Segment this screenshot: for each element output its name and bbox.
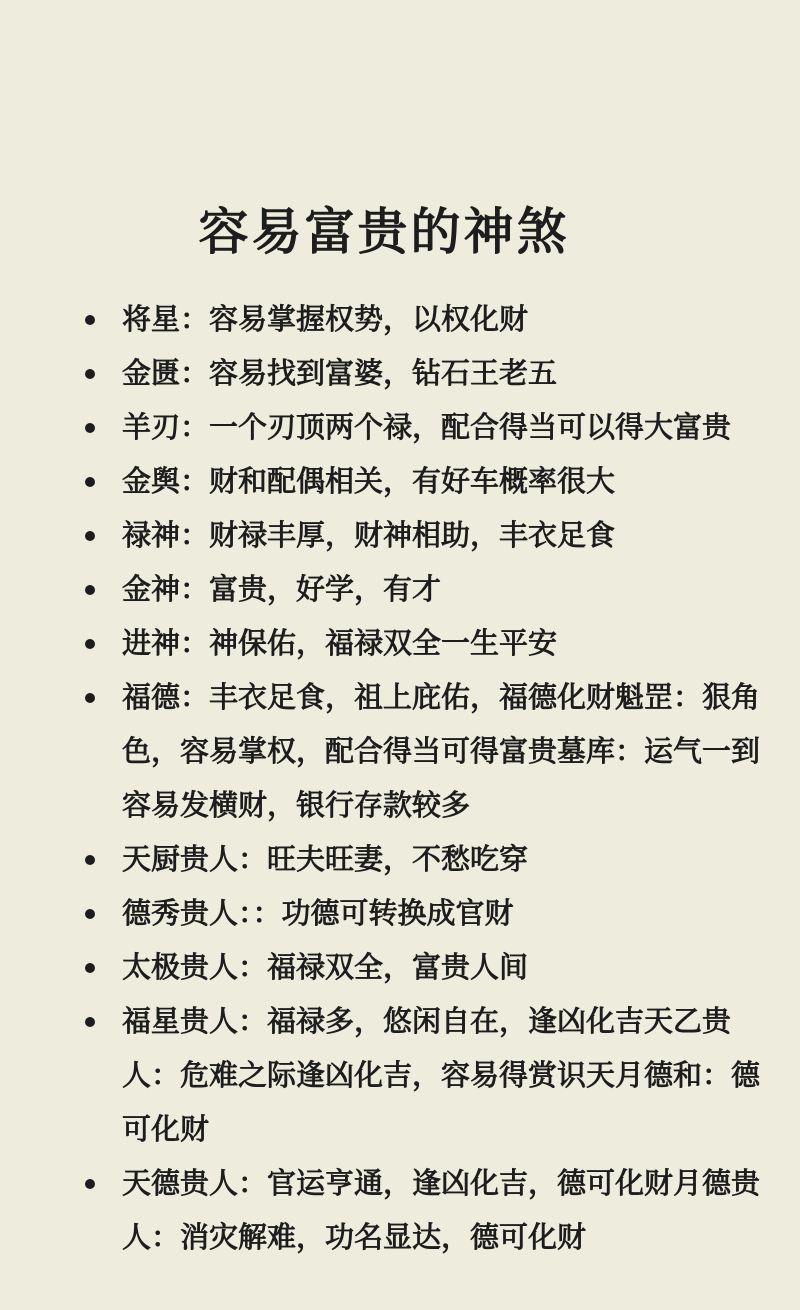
bullet-icon [85, 963, 95, 973]
item-line: 太极贵人：福禄双全，富贵人间 [122, 941, 765, 995]
list-item-lushen: 禄神：财禄丰厚，财神相助，丰衣足食 [85, 509, 765, 563]
list-item-tiande-guiren: 天德贵人：官运亨通，逢凶化吉，德可化财月德贵 人：消灾解难，功名显达，德可化财 [85, 1157, 765, 1265]
item-line: 羊刃：一个刃顶两个禄，配合得当可以得大富贵 [122, 401, 765, 455]
list-item-fude: 福德：丰衣足食，祖上庇佑，福德化财魁罡：狠角 色，容易掌权，配合得当可得富贵墓库… [85, 671, 765, 833]
bullet-icon [85, 639, 95, 649]
list-item-jinshen: 金神：富贵，好学，有才 [85, 563, 765, 617]
item-line: 进神：神保佑，福禄双全一生平安 [122, 617, 765, 671]
item-line: 金舆：财和配偶相关，有好车概率很大 [122, 455, 765, 509]
bullet-icon [85, 531, 95, 541]
item-line: 将星：容易掌握权势，以权化财 [122, 293, 765, 347]
bullet-icon [85, 369, 95, 379]
bullet-icon [85, 1017, 95, 1027]
item-line: 人：危难之际逢凶化吉，容易得赏识天月德和：德 [122, 1049, 765, 1103]
item-line: 可化财 [122, 1103, 765, 1157]
bullet-icon [85, 315, 95, 325]
shensha-list: 将星：容易掌握权势，以权化财 金匮：容易找到富婆，钻石王老五 羊刃：一个刃顶两个… [85, 293, 765, 1265]
item-line: 容易发横财，银行存款较多 [122, 779, 765, 833]
bullet-icon [85, 855, 95, 865]
list-item-taiji-guiren: 太极贵人：福禄双全，富贵人间 [85, 941, 765, 995]
item-line: 天厨贵人：旺夫旺妻，不愁吃穿 [122, 833, 765, 887]
bullet-icon [85, 1179, 95, 1189]
item-line: 人：消灾解难，功名显达，德可化财 [122, 1211, 765, 1265]
list-item-fuxing-guiren: 福星贵人：福禄多，悠闲自在，逢凶化吉天乙贵 人：危难之际逢凶化吉，容易得赏识天月… [85, 995, 765, 1157]
list-item-jinkui: 金匮：容易找到富婆，钻石王老五 [85, 347, 765, 401]
page-title: 容易富贵的神煞 [0, 202, 768, 262]
item-line: 金神：富贵，好学，有才 [122, 563, 765, 617]
list-item-dexiu-guiren: 德秀贵人：：功德可转换成官财 [85, 887, 765, 941]
item-line: 金匮：容易找到富婆，钻石王老五 [122, 347, 765, 401]
bullet-icon [85, 693, 95, 703]
bullet-icon [85, 423, 95, 433]
list-item-jinyu: 金舆：财和配偶相关，有好车概率很大 [85, 455, 765, 509]
list-item-jiangxing: 将星：容易掌握权势，以权化财 [85, 293, 765, 347]
item-line: 天德贵人：官运亨通，逢凶化吉，德可化财月德贵 [122, 1157, 765, 1211]
bullet-icon [85, 477, 95, 487]
item-line: 福星贵人：福禄多，悠闲自在，逢凶化吉天乙贵 [122, 995, 765, 1049]
item-line: 福德：丰衣足食，祖上庇佑，福德化财魁罡：狠角 [122, 671, 765, 725]
list-item-yangren: 羊刃：一个刃顶两个禄，配合得当可以得大富贵 [85, 401, 765, 455]
item-line: 色，容易掌权，配合得当可得富贵墓库：运气一到 [122, 725, 765, 779]
list-item-tianchu-guiren: 天厨贵人：旺夫旺妻，不愁吃穿 [85, 833, 765, 887]
item-line: 禄神：财禄丰厚，财神相助，丰衣足食 [122, 509, 765, 563]
bullet-icon [85, 585, 95, 595]
item-line: 德秀贵人：：功德可转换成官财 [122, 887, 765, 941]
bullet-icon [85, 909, 95, 919]
list-item-jinshen2: 进神：神保佑，福禄双全一生平安 [85, 617, 765, 671]
